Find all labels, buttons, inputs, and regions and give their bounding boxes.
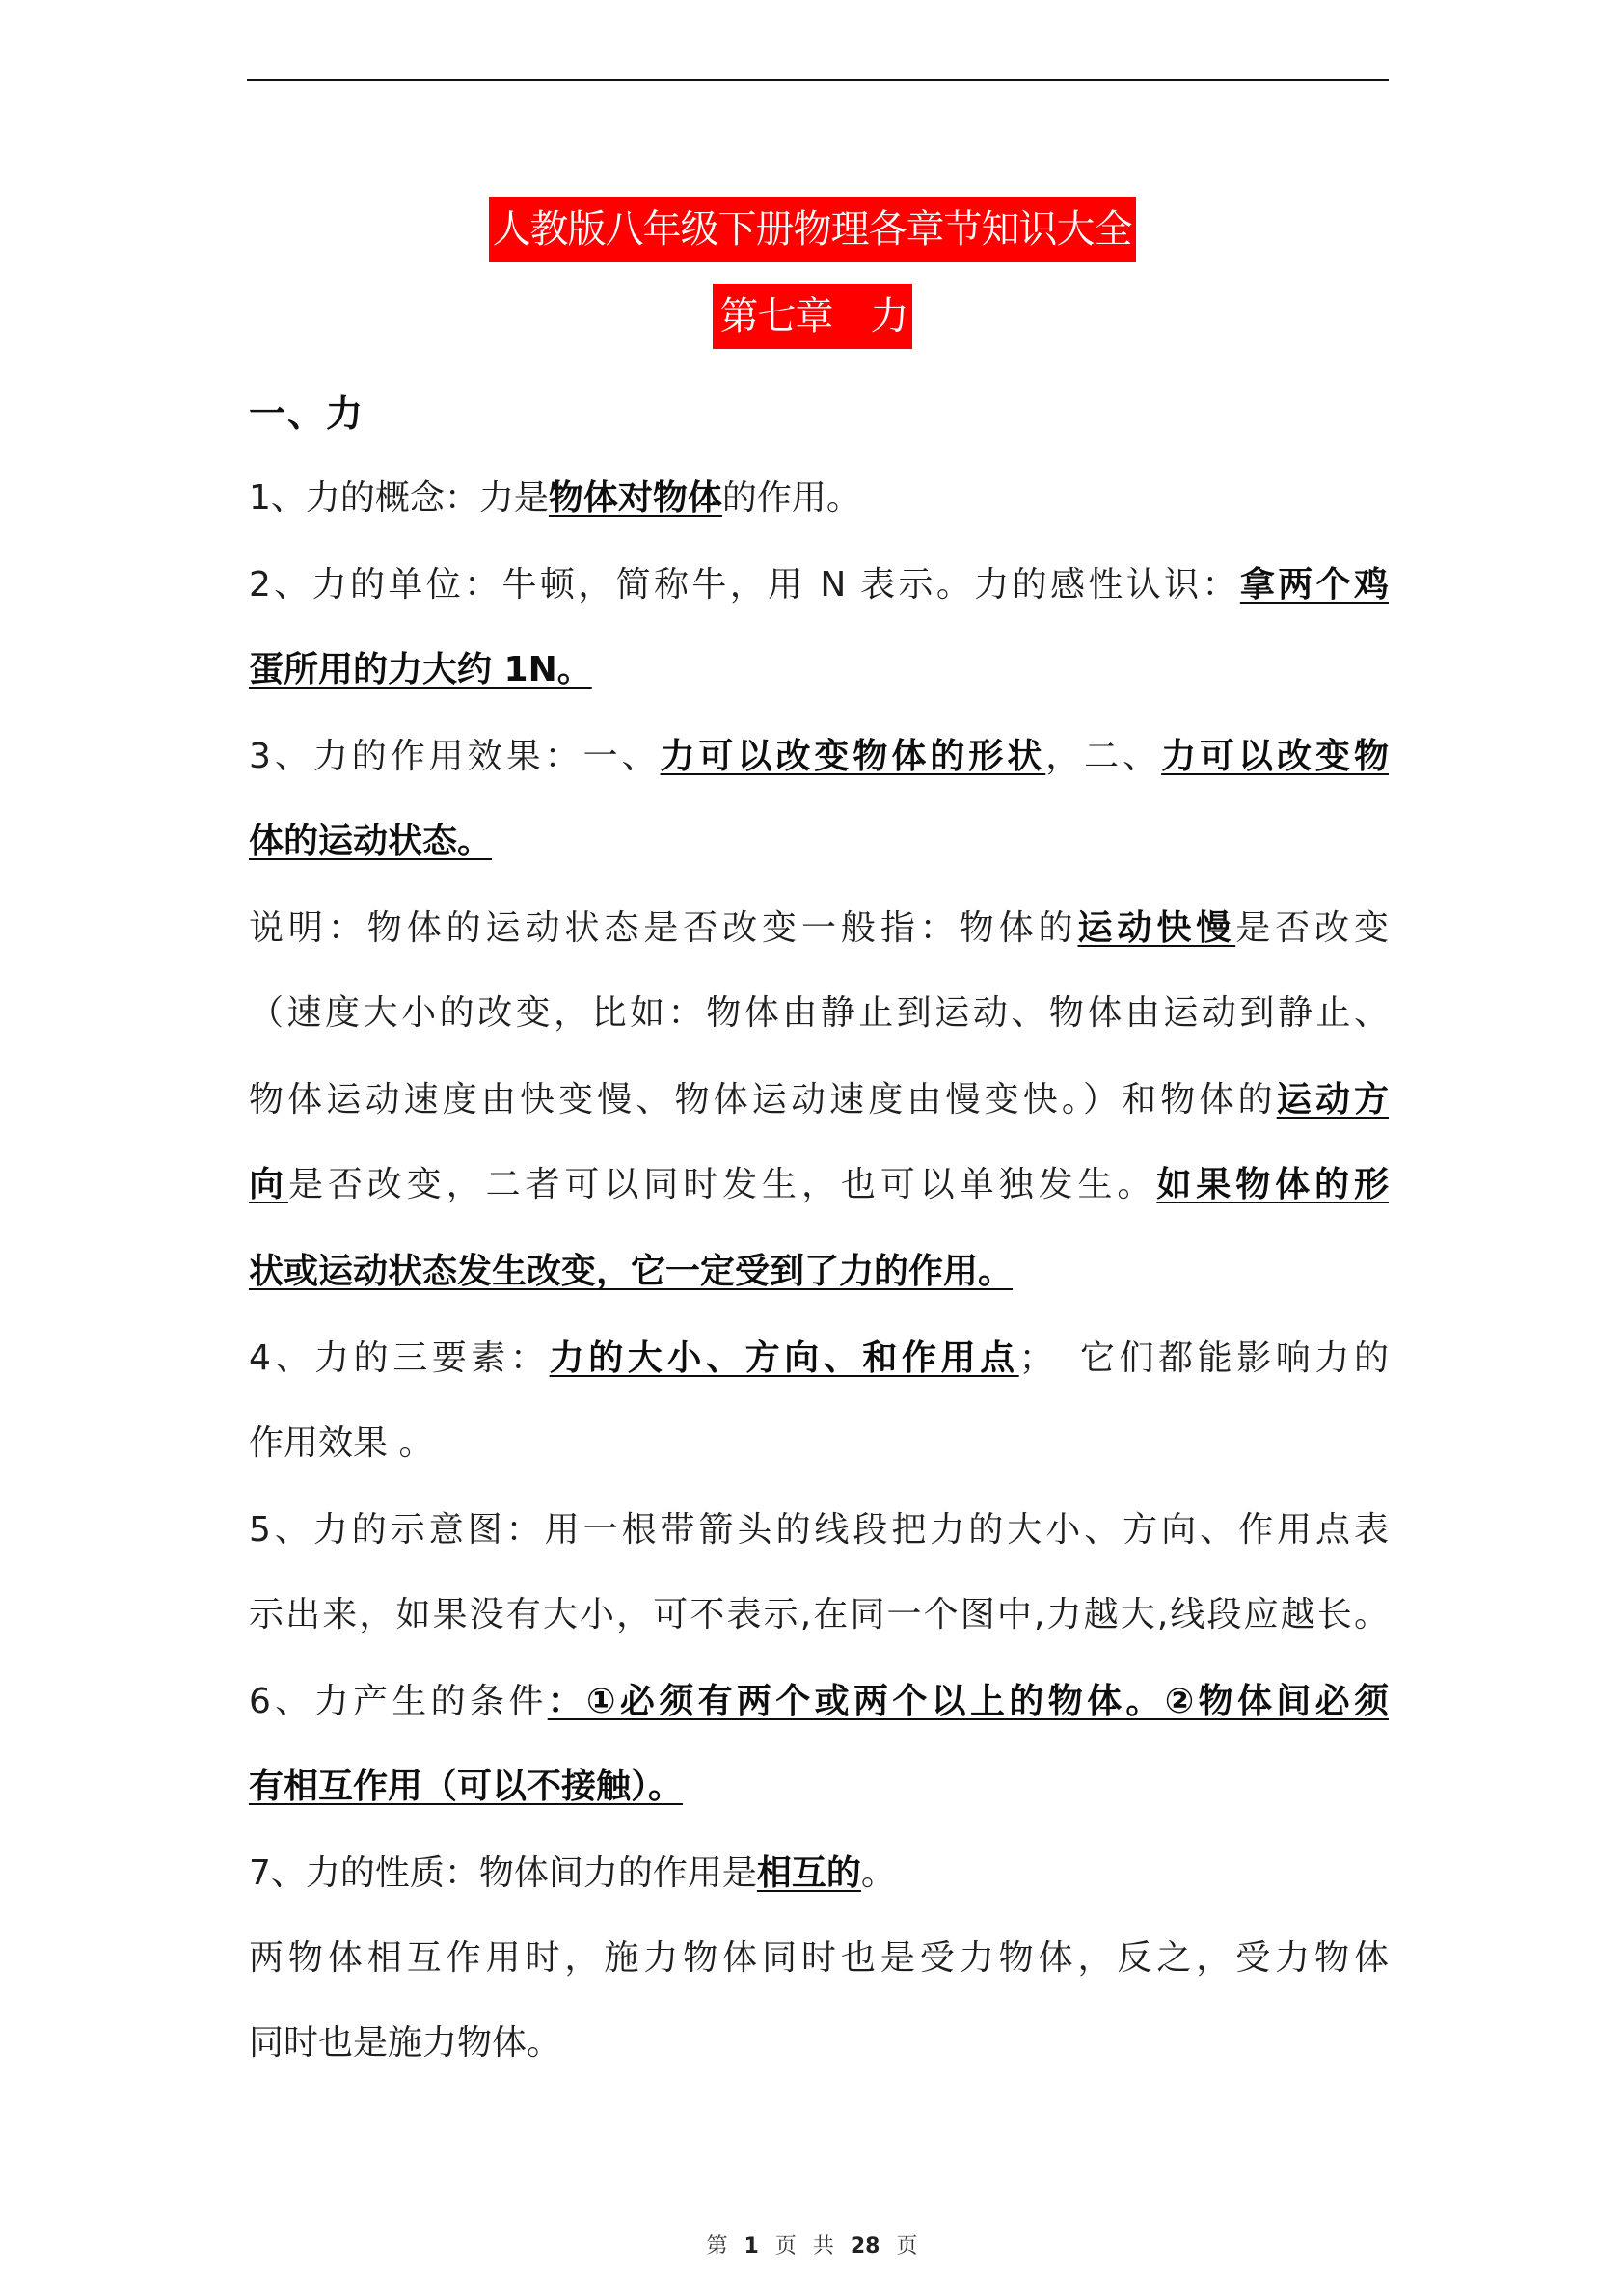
emphasis: 物体对物体: [549, 478, 722, 518]
emphasis: 力的大小、方向、和作用点: [550, 1338, 1019, 1378]
chapter-title-block: 第七章 力: [0, 283, 1624, 349]
paragraph-1: 1、力的概念：力是物体对物体的作用。: [249, 474, 1389, 523]
note-line-1: 说明：物体的运动状态是否改变一般指：物体的运动快慢是否改变: [249, 904, 1389, 953]
footer-label: 共: [813, 2234, 834, 2258]
text: 7、力的性质：物体间力的作用是: [249, 1853, 757, 1893]
paragraph-5-line-2: 示出来，如果没有大小，可不表示,在同一个图中,力越大,线段应越长。: [249, 1591, 1389, 1639]
emphasis: 如果物体的形: [1156, 1165, 1389, 1204]
paragraph-7: 7、力的性质：物体间力的作用是相互的。: [249, 1849, 1389, 1898]
text: 物体运动速度由快变慢、物体运动速度由慢变快。）和物体的: [249, 1080, 1277, 1120]
current-page-number: 1: [744, 2234, 759, 2258]
text: ，二、: [1045, 737, 1161, 776]
paragraph-6-line-1: 6、力产生的条件：①必须有两个或两个以上的物体。②物体间必须: [249, 1678, 1389, 1726]
paragraph-2-line-2: 蛋所用的力大约 1N。: [249, 646, 1389, 694]
paragraph-4-line-2: 作用效果 。: [249, 1419, 1389, 1468]
footer-label: 页: [775, 2234, 797, 2258]
note-line-2: （速度大小的改变，比如：物体由静止到运动、物体由运动到静止、: [249, 989, 1389, 1038]
header-rule: [247, 79, 1389, 81]
emphasis: 体的运动状态。: [249, 822, 492, 861]
footer-label: 页: [896, 2234, 917, 2258]
text: 同时也是施力物体。: [249, 2023, 561, 2063]
paragraph-6-line-2: 有相互作用（可以不接触）。: [249, 1763, 1389, 1811]
note-line-5: 状或运动状态发生改变，它一定受到了力的作用。: [249, 1248, 1389, 1296]
emphasis: ：①必须有两个或两个以上的物体。②物体间必须: [548, 1682, 1389, 1721]
emphasis: 状或运动状态发生改变，它一定受到了力的作用。: [249, 1252, 1013, 1291]
text: 4、力的三要素：: [249, 1338, 550, 1378]
emphasis: 力可以改变物体的形状: [661, 737, 1046, 776]
footer-label: 第: [707, 2234, 728, 2258]
text: 是否改变，二者可以同时发生，也可以单独发生。: [288, 1165, 1156, 1204]
text: 示出来，如果没有大小，可不表示,在同一个图中,力越大,线段应越长。: [249, 1595, 1389, 1634]
text: （速度大小的改变，比如：物体由静止到运动、物体由运动到静止、: [249, 993, 1389, 1033]
page-footer: 第 1 页 共 28 页: [0, 2229, 1624, 2259]
paragraph-8-line-1: 两物体相互作用时，施力物体同时也是受力物体，反之，受力物体: [249, 1934, 1389, 1983]
text: 两物体相互作用时，施力物体同时也是受力物体，反之，受力物体: [249, 1938, 1389, 1978]
emphasis: 向: [249, 1165, 288, 1204]
note-line-4: 向是否改变，二者可以同时发生，也可以单独发生。如果物体的形: [249, 1161, 1389, 1209]
emphasis: 有相互作用（可以不接触）。: [249, 1767, 683, 1806]
text: 是否改变: [1235, 908, 1389, 948]
emphasis: 蛋所用的力大约 1N。: [249, 650, 592, 689]
text: 作用效果 。: [249, 1423, 433, 1463]
document-title: 人教版八年级下册物理各章节知识大全: [489, 197, 1136, 262]
paragraph-3-line-2: 体的运动状态。: [249, 818, 1389, 866]
text: 说明：物体的运动状态是否改变一般指：物体的: [249, 908, 1077, 948]
emphasis: 相互的: [757, 1853, 861, 1893]
paragraph-2-line-1: 2、力的单位：牛顿，简称牛，用 N 表示。力的感性认识：拿两个鸡: [249, 561, 1389, 609]
text: 6、力产生的条件: [249, 1682, 548, 1721]
text: 1、力的概念：力是: [249, 478, 549, 518]
text: 的作用。: [722, 478, 861, 518]
chapter-title: 第七章 力: [713, 283, 912, 349]
text: ； 它们都能影响力的: [1019, 1338, 1389, 1378]
paragraph-3-line-1: 3、力的作用效果：一、力可以改变物体的形状，二、力可以改变物: [249, 733, 1389, 781]
paragraph-8-line-2: 同时也是施力物体。: [249, 2019, 1389, 2067]
document-title-block: 人教版八年级下册物理各章节知识大全: [0, 197, 1624, 262]
text: 3、力的作用效果：一、: [249, 737, 661, 776]
emphasis: 运动快慢: [1077, 908, 1235, 948]
paragraph-4-line-1: 4、力的三要素：力的大小、方向、和作用点； 它们都能影响力的: [249, 1335, 1389, 1383]
section-heading: 一、力: [249, 384, 365, 437]
emphasis: 运动方: [1277, 1080, 1389, 1120]
text: 2、力的单位：牛顿，简称牛，用 N 表示。力的感性认识：: [249, 565, 1240, 605]
note-line-3: 物体运动速度由快变慢、物体运动速度由慢变快。）和物体的运动方: [249, 1076, 1389, 1124]
text: 5、力的示意图：用一根带箭头的线段把力的大小、方向、作用点表: [249, 1510, 1389, 1550]
text: 。: [861, 1853, 896, 1893]
emphasis: 拿两个鸡: [1240, 565, 1389, 605]
emphasis: 力可以改变物: [1161, 737, 1389, 776]
paragraph-5-line-1: 5、力的示意图：用一根带箭头的线段把力的大小、方向、作用点表: [249, 1506, 1389, 1554]
total-pages-number: 28: [851, 2234, 880, 2258]
